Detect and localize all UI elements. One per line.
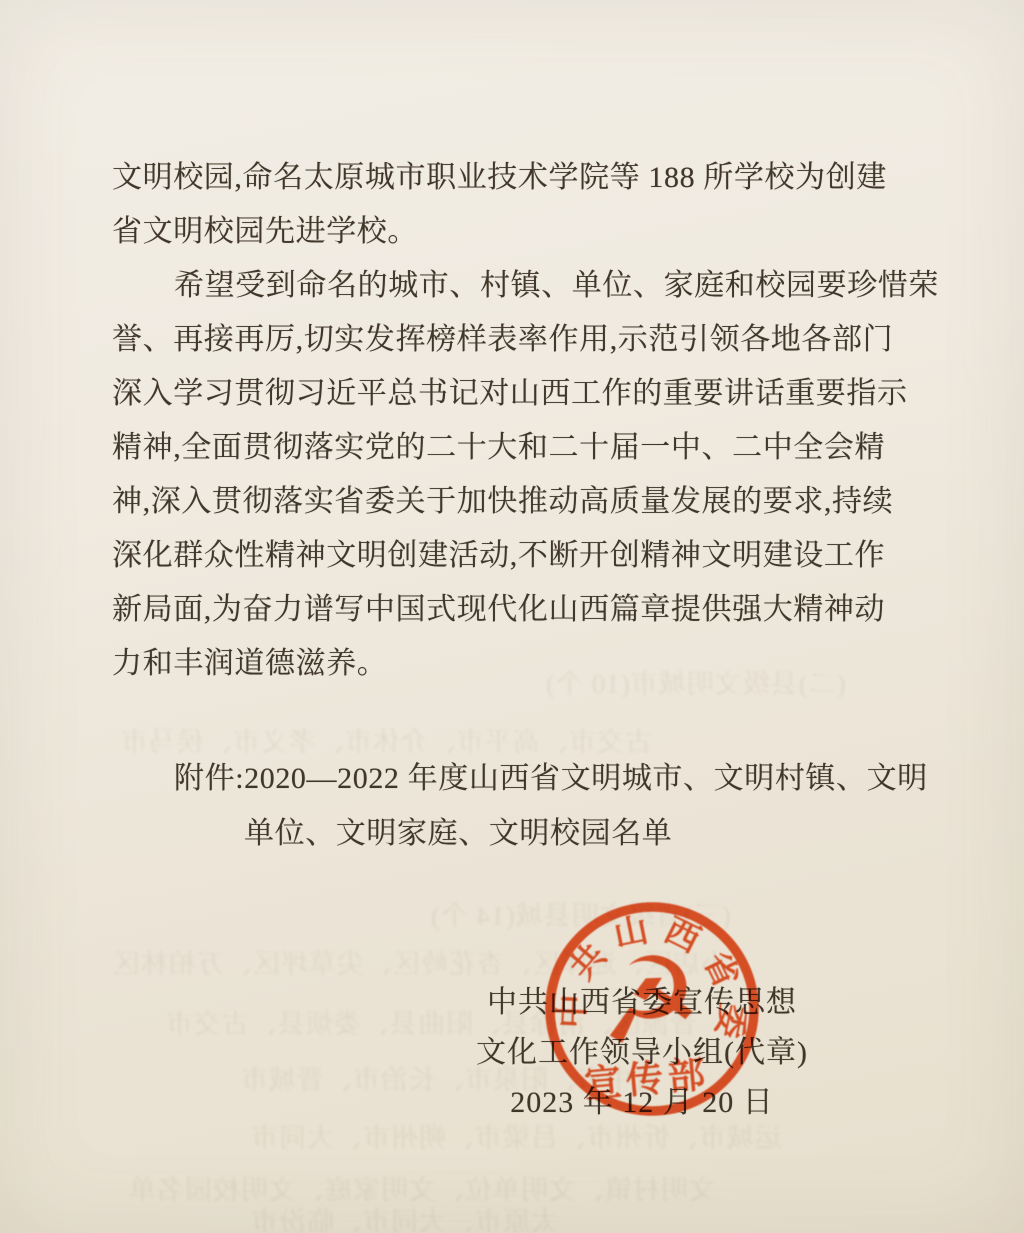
- body-line: 精神,全面贯彻落实党的二十大和二十届一中、二中全会精: [112, 421, 918, 475]
- document-photo: (二)县级文明城市(10 个) 古交市、高平市、介休市、孝义市、侯马市 (三)省…: [0, 0, 1024, 1233]
- attachment-block: 附件:2020—2022 年度山西省文明城市、文明村镇、文明 单位、文明家庭、文…: [112, 751, 918, 861]
- attachment-line: 单位、文明家庭、文明校园名单: [112, 806, 918, 861]
- body-line: 文明校园,命名太原城市职业技术学院等 188 所学校为创建: [112, 151, 918, 205]
- body-line: 深化群众性精神文明创建活动,不断开创精神文明建设工作: [112, 529, 918, 583]
- body-line: 省文明校园先进学校。: [112, 205, 918, 259]
- body-line: 新局面,为奋力谱写中国式现代化山西篇章提供强大精神动: [112, 583, 918, 637]
- official-seal-graphic: 中共山西省委 ☭ 宣传部: [521, 878, 783, 1140]
- body-line: 神,深入贯彻落实省委关于加快推动高质量发展的要求,持续: [112, 475, 918, 529]
- body-line: 力和丰润道德滋养。: [112, 637, 918, 691]
- body-text: 文明校园,命名太原城市职业技术学院等 188 所学校为创建 省文明校园先进学校。…: [112, 151, 918, 691]
- body-line: 深入学习贯彻习近平总书记对山西工作的重要讲话重要指示: [112, 367, 918, 421]
- ghost-text-line: 太原市、大同市、临汾市: [250, 1200, 558, 1233]
- official-seal: 中共山西省委 ☭ 宣传部: [521, 878, 783, 1140]
- attachment-line: 附件:2020—2022 年度山西省文明城市、文明村镇、文明: [112, 751, 918, 806]
- body-line: 希望受到命名的城市、村镇、单位、家庭和校园要珍惜荣: [112, 259, 918, 313]
- body-line: 誉、再接再厉,切实发挥榜样表率作用,示范引领各地各部门: [112, 313, 918, 367]
- hammer-sickle-icon: ☭: [592, 929, 707, 1073]
